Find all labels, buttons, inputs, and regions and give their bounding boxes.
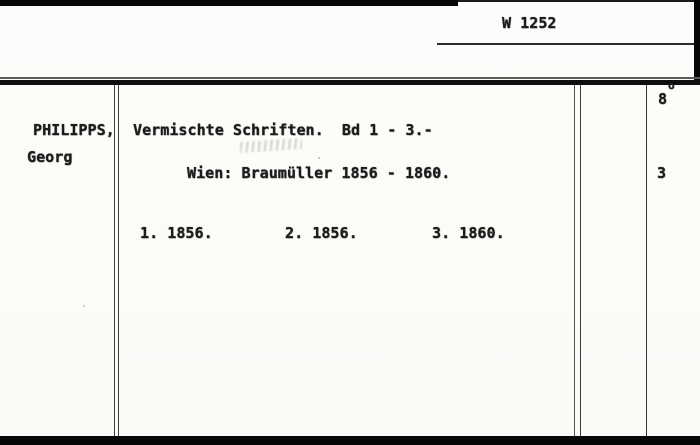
catalog-card-scan: W 1252 PHILIPPS, Georg Vermischte Schrif… [0, 0, 700, 445]
scan-right-edge-bar [694, 0, 700, 85]
volume-entry: 1. 1856. [140, 225, 213, 242]
paper-speck [83, 305, 85, 307]
imprint-line: Wien: Braumüller 1856 - 1860. [187, 165, 450, 182]
right-column-rule-left [574, 85, 575, 436]
volume-count: 3 [657, 165, 666, 182]
volume-entry: 2. 1856. [285, 225, 358, 242]
paper-speck [318, 157, 320, 159]
right-column-rule-right [580, 85, 581, 436]
format-digit: 8 [658, 91, 667, 108]
call-number: W 1252 [502, 15, 557, 32]
format-ordinal: o [668, 80, 675, 91]
pencil-smudge [240, 138, 303, 153]
author-surname: PHILIPPS, [33, 122, 115, 139]
top-rule-thick [0, 80, 700, 85]
scan-bottom-edge-bar [0, 436, 700, 445]
title-line: Vermischte Schriften. Bd 1 - 3.- [133, 122, 433, 139]
author-forename: Georg [27, 149, 72, 166]
volume-entry: 3. 1860. [432, 225, 505, 242]
scan-top-edge-bar [0, 0, 458, 6]
format-column-rule [646, 85, 648, 436]
top-rule-thin [0, 77, 700, 79]
call-number-underline [437, 43, 694, 45]
author-column-rule-right [118, 85, 119, 436]
